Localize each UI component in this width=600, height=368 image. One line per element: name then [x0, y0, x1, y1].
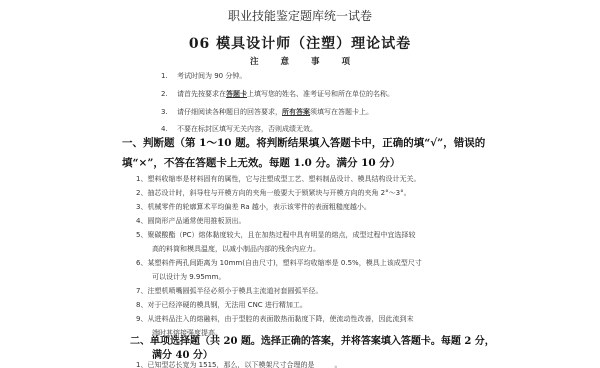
- exam-bank-title: 职业技能鉴定题库统一试卷: [0, 7, 600, 24]
- notice-number: 1.: [161, 72, 177, 80]
- question-item: 4、圆筒形产品通常使用推板顶出。: [136, 216, 245, 226]
- question-text: 1、已知型芯长宽为 1515，那么，以下模架尺寸合理的是: [136, 361, 315, 368]
- question-item: 7、注塑机喷嘴圆弧半径必须小于模具主流道衬套圆弧半径。: [136, 286, 322, 296]
- notice-text: 不要在标封区填写无关内容，否则成绩无效。: [177, 125, 317, 133]
- choice-question-item: 1、已知型芯长宽为 1515，那么，以下模架尺寸合理的是。: [136, 360, 342, 368]
- question-item: 9、从进料品注入的熔融料，由于型腔的表面散热而黏度下降，使流动性改善，因此流到末: [136, 314, 413, 324]
- question-item: 5、聚碳酸酯（PC）熔体黏度较大，且在加热过程中具有明显的熔点，成型过程中宜选择…: [136, 230, 416, 240]
- notice-text: 须填写在答题卡上。: [310, 108, 373, 116]
- question-item-continued: 高的料筒和模具温度，以减小制品内部的残余内应力。: [152, 244, 320, 254]
- question-item: 3、机械零件的轮廓算术平均偏差 Ra 越小，表示该零件的表面粗糙度越小。: [136, 202, 371, 212]
- answer-blank: [315, 361, 335, 368]
- question-item-continued: 可以设计为 9.95mm。: [152, 272, 225, 282]
- notice-text: 请首先按要求在: [177, 90, 226, 98]
- paper-title: 06 模具设计师（注塑）理论试卷: [0, 33, 600, 53]
- notice-item-3: 3.请仔细阅读各种题目的回答要求，所有答案须填写在答题卡上。: [161, 107, 373, 117]
- notice-item-2: 2.请首先按要求在答题卡上填写您的姓名、准考证号和所在单位的名称。: [161, 89, 394, 99]
- question-item: 6、某塑料件两孔间距离为 10mm(自由尺寸)，塑料平均收缩率是 0.5%，模具…: [136, 258, 422, 268]
- section2-heading-line1: 二、单项选择题（共 20 题。选择正确的答案，并将答案填入答题卡。每题 2 分，: [130, 332, 495, 347]
- answer-card-emphasis: 答题卡: [226, 90, 247, 98]
- notice-text: 请仔细阅读各种题目的回答要求，: [177, 108, 282, 116]
- section1-heading-line1: 一、判断题（第 1～10 题。将判断结果填入答题卡中，正确的填“√”，错误的: [122, 135, 485, 150]
- notice-number: 3.: [161, 108, 177, 116]
- notice-number: 2.: [161, 90, 177, 98]
- section2-heading-line2: 满分 40 分）: [152, 346, 213, 361]
- question-item: 8、对于已经淬硬的模具钢，无法用 CNC 进行精加工。: [136, 300, 307, 310]
- question-item: 1、塑料收缩率是材料固有的属性，它与注塑成型工艺、塑料制品设计、模具结构设计无关…: [136, 174, 420, 184]
- notice-text: 考试时间为 90 分钟。: [177, 72, 246, 80]
- notice-heading: 注意事项: [0, 55, 600, 67]
- notice-text: 上填写您的姓名、准考证号和所在单位的名称。: [247, 90, 394, 98]
- notice-item-4: 4.不要在标封区填写无关内容，否则成绩无效。: [161, 124, 317, 134]
- section1-heading-line2: 填“×”，不答在答题卡上无效。每题 1.0 分。满分 10 分）: [122, 155, 400, 170]
- question-item: 2、抽芯设计时，斜导柱与开模方向的夹角一般要大于锁紧块与开模方向的夹角 2°～3…: [136, 188, 411, 198]
- notice-number: 4.: [161, 125, 177, 133]
- question-tail: 。: [335, 361, 342, 368]
- notice-item-1: 1.考试时间为 90 分钟。: [161, 71, 246, 81]
- all-answers-emphasis: 所有答案: [282, 108, 310, 116]
